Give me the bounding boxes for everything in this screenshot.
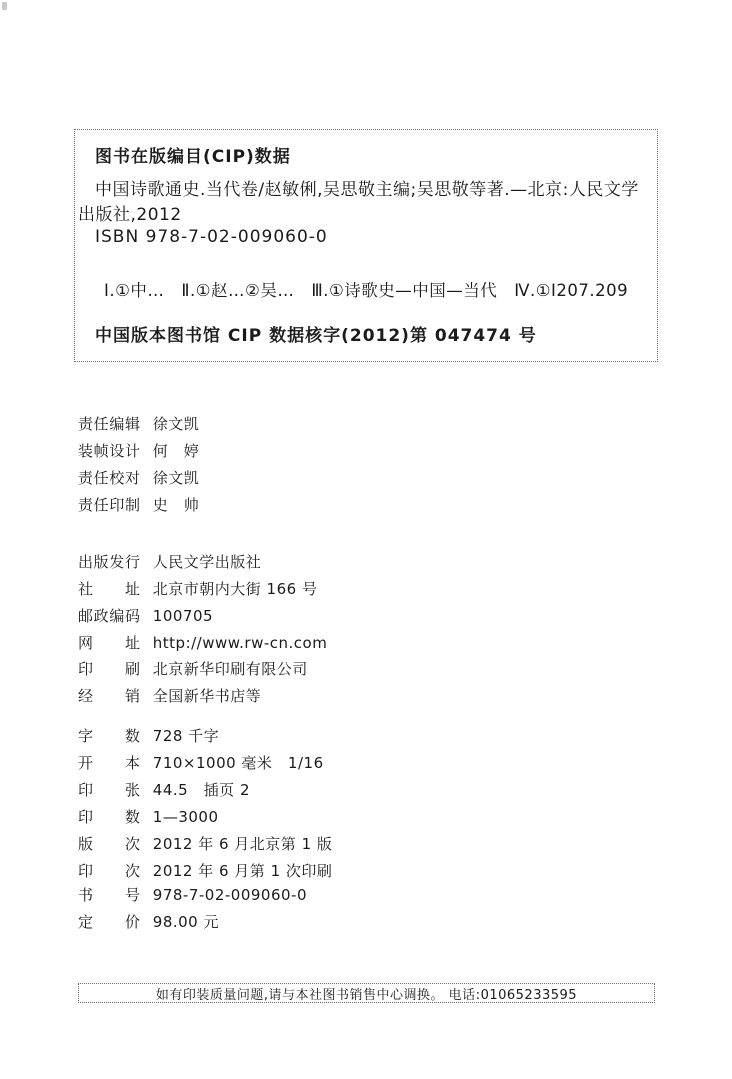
cip-isbn: ISBN 978-7-02-009060-0 <box>95 227 328 247</box>
info-value: 98.00 元 <box>153 909 219 936</box>
info-value: 100705 <box>153 603 213 630</box>
info-row-editor: 责任编辑 徐文凯 <box>78 411 199 438</box>
cip-description-1: 中国诗歌通史.当代卷/赵敏俐,吴思敬主编;吴思敬等著.—北京:人民文学 <box>95 175 639 200</box>
info-label: 印张 <box>78 777 140 804</box>
info-label: 书号 <box>78 882 140 909</box>
staff-credits-group: 责任编辑 徐文凯 装帧设计 何 婷 责任校对 徐文凯 责任印制 史 帅 <box>78 411 199 519</box>
info-label: 社址 <box>78 576 140 603</box>
isbn-price-group: 书号 978-7-02-009060-0 定价 98.00 元 <box>78 882 307 936</box>
info-label: 字数 <box>78 723 140 750</box>
info-label: 印次 <box>78 858 140 885</box>
info-row-distributor: 经销 全国新华书店等 <box>78 683 308 710</box>
info-value: 728 千字 <box>153 723 219 750</box>
info-value: 人民文学出版社 <box>153 549 262 576</box>
info-row-impression: 印次 2012 年 6 月第 1 次印刷 <box>78 858 332 885</box>
printing-distribution-group: 印刷 北京新华印刷有限公司 经销 全国新华书店等 <box>78 656 308 710</box>
publisher-info-group: 出版发行 人民文学出版社 社址 北京市朝内大街 166 号 邮政编码 10070… <box>78 549 327 657</box>
info-row-designer: 装帧设计 何 婷 <box>78 438 199 465</box>
cip-record-number: 中国版本图书馆 CIP 数据核字(2012)第 047474 号 <box>95 321 537 346</box>
info-row-word-count: 字数 728 千字 <box>78 723 332 750</box>
info-label: 装帧设计 <box>78 438 140 465</box>
cip-title: 图书在版编目(CIP)数据 <box>95 142 291 167</box>
info-row-print-supervisor: 责任印制 史 帅 <box>78 492 199 519</box>
info-label: 经销 <box>78 683 140 710</box>
info-value: 全国新华书店等 <box>153 683 262 710</box>
info-row-format: 开本 710×1000 毫米 1/16 <box>78 750 332 777</box>
info-value: 何 婷 <box>153 438 200 465</box>
info-value: 2012 年 6 月北京第 1 版 <box>153 831 333 858</box>
info-row-postcode: 邮政编码 100705 <box>78 603 327 630</box>
info-row-website: 网址 http://www.rw-cn.com <box>78 630 327 657</box>
info-row-publisher: 出版发行 人民文学出版社 <box>78 549 327 576</box>
info-row-book-number: 书号 978-7-02-009060-0 <box>78 882 307 909</box>
info-value: 1—3000 <box>153 804 219 831</box>
info-label: 责任校对 <box>78 465 140 492</box>
scan-artifact-mark <box>2 2 7 10</box>
info-label: 责任编辑 <box>78 411 140 438</box>
info-label: 出版发行 <box>78 549 140 576</box>
info-label: 定价 <box>78 909 140 936</box>
info-label: 版次 <box>78 831 140 858</box>
quality-notice-box: 如有印装质量问题,请与本社图书销售中心调换。 电话:01065233595 <box>78 983 655 1003</box>
info-value: 978-7-02-009060-0 <box>153 882 307 909</box>
book-copyright-page: 图书在版编目(CIP)数据 中国诗歌通史.当代卷/赵敏俐,吴思敬主编;吴思敬等著… <box>0 0 732 1079</box>
info-value: 徐文凯 <box>153 465 200 492</box>
info-label: 邮政编码 <box>78 603 140 630</box>
info-row-print-run: 印数 1—3000 <box>78 804 332 831</box>
info-row-proofreader: 责任校对 徐文凯 <box>78 465 199 492</box>
info-value: 北京新华印刷有限公司 <box>153 656 308 683</box>
info-label: 网址 <box>78 630 140 657</box>
info-row-address: 社址 北京市朝内大街 166 号 <box>78 576 327 603</box>
info-value: 2012 年 6 月第 1 次印刷 <box>153 858 333 885</box>
quality-notice-text: 如有印装质量问题,请与本社图书销售中心调换。 电话:01065233595 <box>156 984 577 1003</box>
cip-data-box: 图书在版编目(CIP)数据 中国诗歌通史.当代卷/赵敏俐,吴思敬主编;吴思敬等著… <box>74 129 658 362</box>
info-value: 710×1000 毫米 1/16 <box>153 750 324 777</box>
cip-classification: Ⅰ.①中… Ⅱ.①赵…②吴… Ⅲ.①诗歌史—中国—当代 Ⅳ.①I207.209 <box>104 277 628 301</box>
print-specs-group: 字数 728 千字 开本 710×1000 毫米 1/16 印张 44.5 插页… <box>78 723 332 885</box>
info-label: 开本 <box>78 750 140 777</box>
cip-description-2: 出版社,2012 <box>78 200 182 225</box>
info-row-price: 定价 98.00 元 <box>78 909 307 936</box>
info-value: 史 帅 <box>153 492 200 519</box>
info-label: 印数 <box>78 804 140 831</box>
info-label: 印刷 <box>78 656 140 683</box>
info-row-edition: 版次 2012 年 6 月北京第 1 版 <box>78 831 332 858</box>
info-value: 44.5 插页 2 <box>153 777 250 804</box>
info-label: 责任印制 <box>78 492 140 519</box>
info-value: 徐文凯 <box>153 411 200 438</box>
info-value: http://www.rw-cn.com <box>153 630 328 657</box>
info-value: 北京市朝内大街 166 号 <box>153 576 318 603</box>
info-row-printer: 印刷 北京新华印刷有限公司 <box>78 656 308 683</box>
info-row-sheets: 印张 44.5 插页 2 <box>78 777 332 804</box>
